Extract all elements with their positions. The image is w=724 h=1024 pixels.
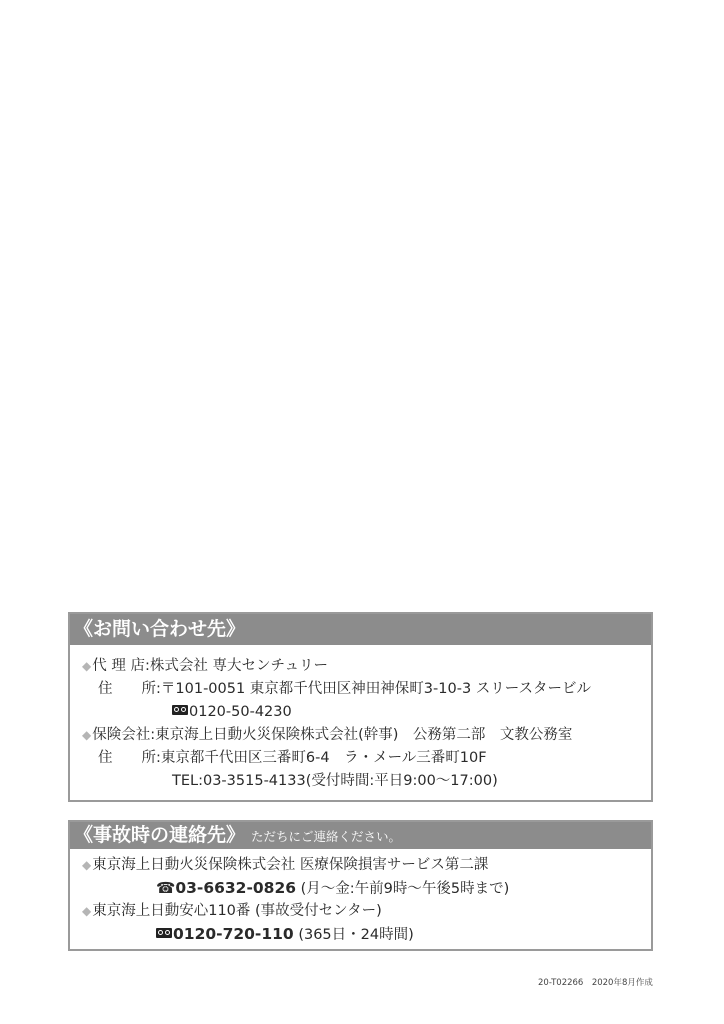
agent-name: 株式会社 専大センチュリー	[150, 658, 328, 674]
contact1-phone-line: ☎03-6632-0826 (月～金:午前9時～午後5時まで)	[156, 879, 509, 898]
insurer-line: ◆保険会社:東京海上日動火災保険株式会社(幹事) 公務第二部 文教公務室	[82, 726, 572, 744]
contact1-hours: (月～金:午前9時～午後5時まで)	[296, 881, 509, 897]
agent-address-label: 住 所:	[98, 681, 161, 697]
inquiry-box: 《お問い合わせ先》 ◆代 理 店:株式会社 専大センチュリー 住 所:〒101-…	[68, 612, 653, 802]
freedial-icon	[172, 705, 188, 715]
contact2-line: ◆東京海上日動安心110番 (事故受付センター)	[82, 902, 382, 920]
contact2-phone[interactable]: 0120-720-110	[173, 925, 294, 943]
accident-box: 《事故時の連絡先》ただちにご連絡ください。 ◆東京海上日動火災保険株式会社 医療…	[68, 820, 653, 951]
document-code: 20-T02266 2020年8月作成	[538, 976, 653, 988]
contact1-phone[interactable]: 03-6632-0826	[175, 879, 296, 897]
diamond-icon: ◆	[82, 728, 91, 742]
freedial-icon	[156, 928, 172, 938]
contact1-name: 東京海上日動火災保険株式会社 医療保険損害サービス第二課	[92, 857, 488, 873]
insurer-tel[interactable]: TEL:03-3515-4133(受付時間:平日9:00～17:00)	[172, 773, 498, 789]
contact1-line: ◆東京海上日動火災保険株式会社 医療保険損害サービス第二課	[82, 856, 488, 874]
diamond-icon: ◆	[82, 659, 91, 673]
agent-label: 代 理 店:	[92, 658, 150, 674]
agent-address: 〒101-0051 東京都千代田区神田神保町3-10-3 スリースタービル	[161, 681, 591, 697]
agent-line: ◆代 理 店:株式会社 専大センチュリー	[82, 657, 328, 675]
phone-icon: ☎	[156, 879, 175, 897]
insurer-tel-line: TEL:03-3515-4133(受付時間:平日9:00～17:00)	[172, 772, 498, 790]
insurer-address-label: 住 所:	[98, 750, 161, 766]
inquiry-title: 《お問い合わせ先》	[70, 614, 651, 645]
contact2-phone-line: 0120-720-110 (365日・24時間)	[156, 925, 414, 944]
insurer-label: 保険会社:	[92, 727, 155, 743]
agent-address-line: 住 所:〒101-0051 東京都千代田区神田神保町3-10-3 スリースタービ…	[98, 680, 591, 698]
insurer-address-line: 住 所:東京都千代田区三番町6-4 ラ・メール三番町10F	[98, 749, 487, 767]
contact2-name: 東京海上日動安心110番 (事故受付センター)	[92, 903, 382, 919]
accident-header: 《事故時の連絡先》ただちにご連絡ください。	[70, 822, 651, 849]
insurer-address: 東京都千代田区三番町6-4 ラ・メール三番町10F	[161, 750, 487, 766]
diamond-icon: ◆	[82, 858, 91, 872]
contact2-hours: (365日・24時間)	[294, 927, 414, 943]
accident-title: 《事故時の連絡先》	[74, 824, 245, 846]
accident-subtitle: ただちにご連絡ください。	[251, 829, 401, 844]
diamond-icon: ◆	[82, 904, 91, 918]
agent-phone-line: 0120-50-4230	[172, 703, 292, 721]
agent-phone[interactable]: 0120-50-4230	[189, 704, 292, 720]
insurer-name: 東京海上日動火災保険株式会社(幹事) 公務第二部 文教公務室	[155, 727, 572, 743]
